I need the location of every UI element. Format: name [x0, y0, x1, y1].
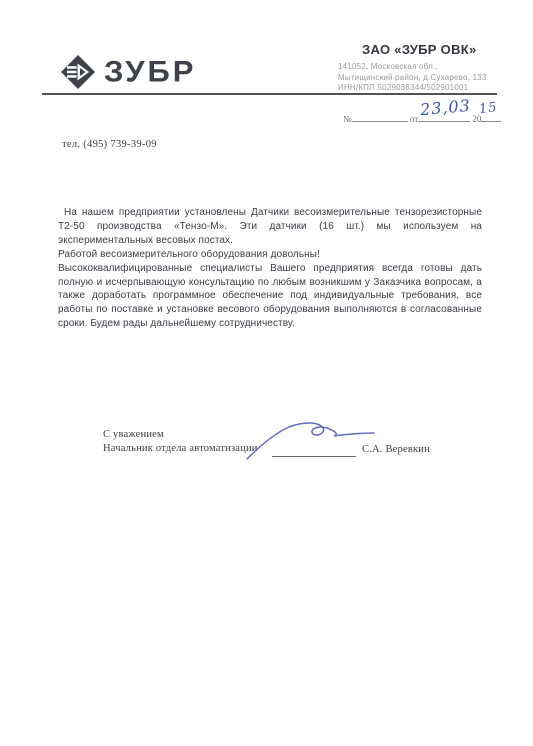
paragraph-2: Работой весоизмерительного оборудования …	[58, 248, 482, 262]
doc-year-blank: 15	[481, 110, 501, 122]
doc-number-blank	[352, 110, 408, 122]
letter-body: На нашем предприятии установлены Датчики…	[58, 206, 482, 331]
signer-name: С.А. Веревкин	[362, 444, 430, 455]
paragraph-3: Высококвалифицированные специалисты Ваше…	[58, 262, 482, 332]
address-line-3: ИНН/КПП 5029036344/502901001	[338, 83, 486, 94]
logo-text: ЗУБР	[104, 55, 196, 90]
signer-position: Начальник отдела автоматизации	[103, 443, 258, 454]
zubr-arrow-diamond-icon	[60, 54, 96, 90]
reference-line: № от23,03 2015	[343, 110, 501, 124]
salutation: С уважением	[103, 429, 164, 440]
letterhead-divider	[42, 93, 497, 96]
zubr-logo: ЗУБР	[60, 54, 196, 90]
paragraph-1: На нашем предприятии установлены Датчики…	[58, 206, 482, 248]
company-address: 141052, Московская обл., Мытищинский рай…	[338, 62, 486, 94]
letter-page: ЗУБР ЗАО «ЗУБР ОВК» 141052, Московская о…	[0, 0, 533, 746]
address-line-1: 141052, Московская обл.,	[338, 62, 486, 73]
company-name: ЗАО «ЗУБР ОВК»	[362, 42, 477, 57]
phone-line: тел. (495) 739-39-09	[62, 139, 157, 150]
signature-scribble-icon	[243, 418, 378, 462]
doc-date-blank: 23,03	[418, 110, 470, 122]
doc-number-label: №	[343, 114, 352, 124]
handwritten-date: 23,03	[419, 96, 471, 119]
date-from-label: от	[410, 114, 418, 124]
address-line-2: Мытищинский район, д.Сухарево, 133	[338, 73, 486, 84]
handwritten-year: 15	[478, 100, 498, 117]
